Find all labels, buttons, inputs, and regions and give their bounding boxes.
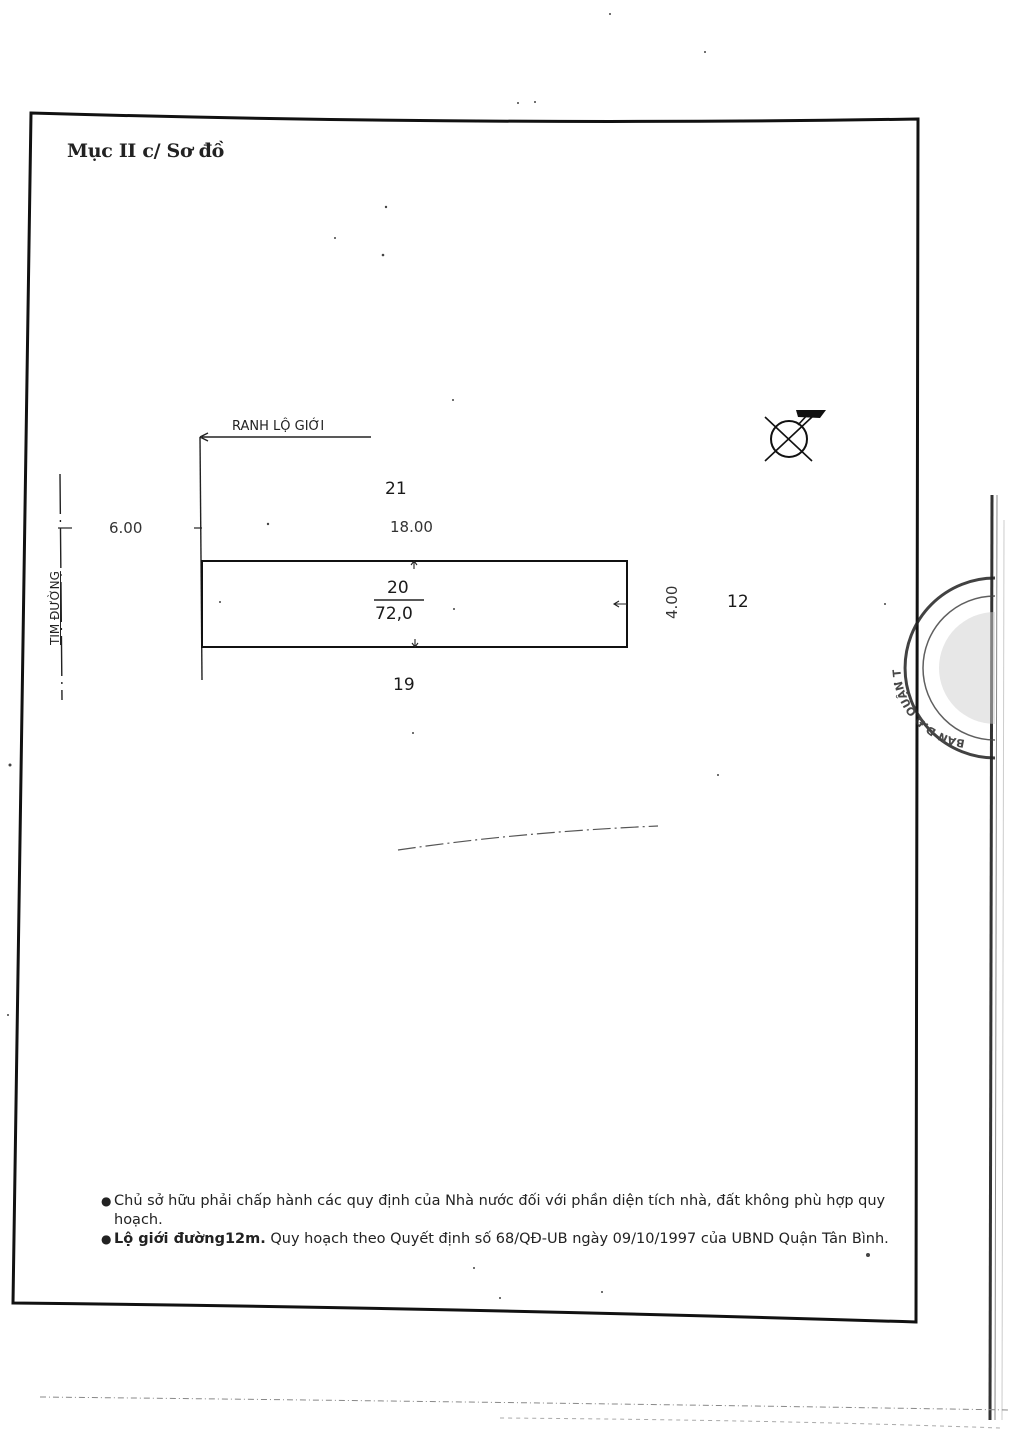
lot-length: 18.00 [390,518,433,536]
lot-width: 4.00 [663,586,681,619]
note-text: Quy hoạch theo Quyết định số 68/QĐ-UB ng… [266,1231,889,1247]
boundary-label: RANH LỘ GIỚI [232,419,324,434]
scan-noise [7,13,896,1299]
neighbor-lot-south: 19 [393,675,415,695]
lot-area: 72,0 [375,604,413,624]
dim-arrow-right-icon [614,601,627,607]
notes-section: ● Chủ sở hữu phải chấp hành các quy định… [100,1192,900,1249]
note-item: ● Chủ sở hữu phải chấp hành các quy định… [100,1192,900,1230]
lot-number: 20 [387,578,409,598]
road-center-label: TIM ĐƯỜNG [48,571,62,645]
note-text: Chủ sở hữu phải chấp hành các quy định c… [114,1193,885,1228]
dim-arrow-bottom-icon [412,639,418,647]
section-title: Mục II c/ Sơ đồ [67,140,224,162]
note-bold-prefix: Lộ giới đường12m. [114,1231,266,1247]
dim-arrow-top-icon [411,561,417,569]
bullet-icon: ● [101,1230,111,1249]
scan-edge-line [40,1397,1010,1410]
lot-rectangle [202,561,627,647]
note-item: ● Lộ giới đường12m. Quy hoạch theo Quyết… [100,1230,900,1249]
north-arrow-compass-icon [765,410,826,461]
page-frame [13,113,918,1322]
neighbor-lot-east: 12 [727,592,749,612]
pen-stroke [398,826,658,850]
bullet-icon: ● [101,1192,111,1211]
neighbor-lot-north: 21 [385,479,407,499]
official-stamp: BAN Đ.Đ QUẬN T [890,578,995,758]
setback-distance: 6.00 [109,519,142,537]
